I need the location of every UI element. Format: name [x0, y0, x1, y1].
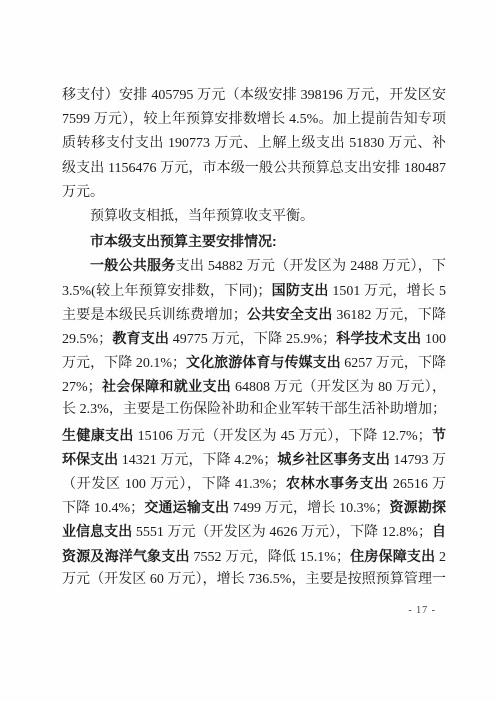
text-line: 29.5%；教育支出 49775 万元，下降 25.9%；科学技术支出 1003 — [62, 326, 446, 350]
text-run: 3.5%(较上年预算安排数，下同)； — [62, 284, 271, 299]
text-run: 万元（开发区 60 万元），增长 736.5%，主要是按照预算管理一体 — [62, 572, 446, 592]
text-line: 万元（开发区 60 万元），增长 736.5%，主要是按照预算管理一体 — [62, 568, 446, 592]
text-line: 级支出 1156476 万元，市本级一般公共预算总支出安排 1804874 — [62, 157, 446, 181]
bold-text-run: 资源及海洋气象支出 — [62, 548, 190, 564]
text-run: 质转移支付支出 190773 万元、上解上级支出 51830 万元、补助下 — [62, 136, 446, 156]
bold-text-run: 教育支出 — [112, 330, 169, 346]
text-line: 生健康支出 15106 万元（开发区为 45 万元），下降 12.7%；节能 — [62, 423, 446, 447]
text-run: 27%； — [62, 380, 102, 395]
text-line: 万元。 — [62, 181, 446, 205]
bold-text-run: 城乡社区事务支出 — [277, 451, 390, 467]
text-line: 移支付）安排 405795 万元（本级安排 398196 万元，开发区安排 — [62, 84, 446, 108]
bold-text-run: 国防支出 — [271, 282, 328, 298]
bold-text-run: 住房保障支出 — [350, 548, 435, 564]
bold-text-run: 一般公共服务 — [90, 257, 176, 273]
text-run: 长 2.3%，主要是工伤保险补助和企业军转干部生活补助增加； — [62, 402, 446, 417]
bold-text-run: 业信息支出 — [62, 523, 132, 539]
text-run: （开发区 100 万元），下降 41.3%； — [62, 477, 285, 492]
text-line: 主要是本级民兵训练费增加；公共安全支出 36182 万元，下降 — [62, 302, 446, 326]
page-number: - 17 - — [408, 605, 436, 616]
text-run: 下降 10.4%； — [62, 501, 144, 516]
bold-text-run: 交通运输支出 — [144, 499, 229, 515]
bold-text-run: 文化旅游体育与传媒支出 — [186, 354, 341, 370]
text-run: 7499 万元，增长 10.3%； — [229, 501, 389, 516]
bold-text-run: 社会保障和就业支出 — [102, 378, 231, 394]
bold-text-run: 环保支出 — [62, 451, 118, 467]
text-run: 5551 万元（开发区为 4626 万元），下降 12.8%； — [132, 525, 432, 540]
text-line: 27%；社会保障和就业支出 64808 万元（开发区为 80 万元），增 — [62, 374, 446, 398]
text-line: 环保支出 14321 万元，下降 4.2%；城乡社区事务支出 14793 万元 — [62, 447, 446, 471]
bold-text-run: 市本级支出预算主要安排情况: — [90, 233, 277, 249]
bold-text-run: 生健康支出 — [62, 427, 134, 443]
text-run: 29.5%； — [62, 332, 112, 347]
text-run: 主要是本级民兵训练费增加； — [62, 308, 247, 323]
text-line: 市本级支出预算主要安排情况: — [62, 229, 446, 253]
bold-text-run: 公共安全支出 — [247, 306, 333, 322]
text-line: 7599 万元），较上年预算安排数增长 4.5%。加上提前告知专项性 — [62, 108, 446, 132]
text-run: 49775 万元，下降 25.9%； — [169, 332, 336, 347]
text-run: 万元，下降 20.1%； — [62, 356, 186, 371]
text-line: 业信息支出 5551 万元（开发区为 4626 万元），下降 12.8%；自然 — [62, 519, 446, 543]
text-line: 一般公共服务支出 54882 万元（开发区为 2488 万元），下降 — [62, 253, 446, 277]
text-run: 移支付）安排 405795 万元（本级安排 398196 万元，开发区安排 — [62, 88, 446, 108]
text-run: 7599 万元），较上年预算安排数增长 4.5%。加上提前告知专项性 — [62, 112, 446, 132]
text-line: 预算收支相抵，当年预算收支平衡。 — [62, 205, 446, 229]
text-run: 6257 万元，下降 — [341, 356, 446, 371]
text-line: 资源及海洋气象支出 7552 万元，降低 15.1%；住房保障支出 23507 — [62, 544, 446, 568]
text-line: （开发区 100 万元），下降 41.3%；农林水事务支出 26516 万元， — [62, 471, 446, 495]
bold-text-run: 农林水事务支出 — [285, 475, 388, 491]
text-line: 下降 10.4%；交通运输支出 7499 万元，增长 10.3%；资源勘探工 — [62, 495, 446, 519]
body-text: 移支付）安排 405795 万元（本级安排 398196 万元，开发区安排759… — [62, 84, 446, 592]
text-run: 14321 万元，下降 4.2%； — [118, 453, 277, 468]
bold-text-run: 科学技术支出 — [336, 330, 421, 346]
text-run: 36182 万元，下降 — [333, 308, 446, 323]
text-line: 3.5%(较上年预算安排数，下同)；国防支出 1501 万元，增长 57.2%， — [62, 278, 446, 302]
text-run: 15106 万元（开发区为 45 万元），下降 12.7%； — [134, 429, 432, 444]
text-run: 级支出 1156476 万元，市本级一般公共预算总支出安排 1804874 — [62, 161, 446, 181]
text-line: 长 2.3%，主要是工伤保险补助和企业军转干部生活补助增加；卫 — [62, 398, 446, 422]
text-run: 7552 万元，降低 15.1%； — [190, 550, 350, 565]
text-line: 万元，下降 20.1%；文化旅游体育与传媒支出 6257 万元，下降 — [62, 350, 446, 374]
text-run: 预算收支相抵，当年预算收支平衡。 — [90, 209, 314, 224]
text-run: 万元。 — [62, 185, 104, 200]
scanned-page: 移支付）安排 405795 万元（本级安排 398196 万元，开发区安排759… — [0, 0, 496, 701]
text-line: 质转移支付支出 190773 万元、上解上级支出 51830 万元、补助下 — [62, 132, 446, 156]
